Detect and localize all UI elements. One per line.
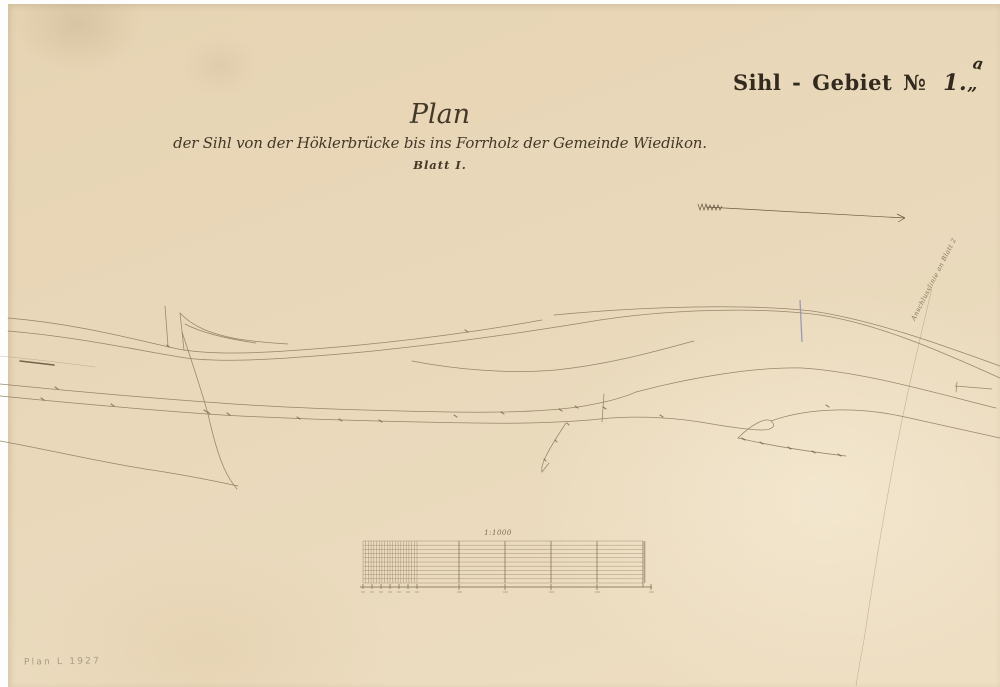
blue-survey-mark bbox=[800, 300, 802, 342]
sheet-number: 1.„ a bbox=[943, 70, 978, 96]
flow-direction-arrow bbox=[698, 204, 905, 222]
plan-title-block: Plan der Sihl von der Höklerbrücke bis i… bbox=[0, 100, 880, 174]
region-label: Sihl - Gebiet № bbox=[733, 70, 926, 95]
scale-bar bbox=[360, 541, 654, 592]
survey-specks bbox=[41, 330, 841, 461]
connection-line bbox=[856, 288, 932, 686]
riverbank-lines bbox=[0, 307, 1000, 486]
title-subtitle: der Sihl von der Höklerbrücke bis ins Fo… bbox=[0, 130, 880, 156]
suffix-mark: „ bbox=[967, 74, 978, 95]
dark-dash-mark bbox=[20, 361, 54, 365]
archive-pencil-note: Plan L 1927 bbox=[24, 656, 101, 667]
title-sheet-label: Blatt I. bbox=[0, 156, 880, 174]
title-main: Plan bbox=[0, 100, 880, 130]
scale-label: 1:1000 bbox=[458, 529, 538, 537]
sheet-heading: Sihl - Gebiet № 1.„ a bbox=[733, 70, 978, 96]
bridge-lines bbox=[165, 306, 288, 489]
